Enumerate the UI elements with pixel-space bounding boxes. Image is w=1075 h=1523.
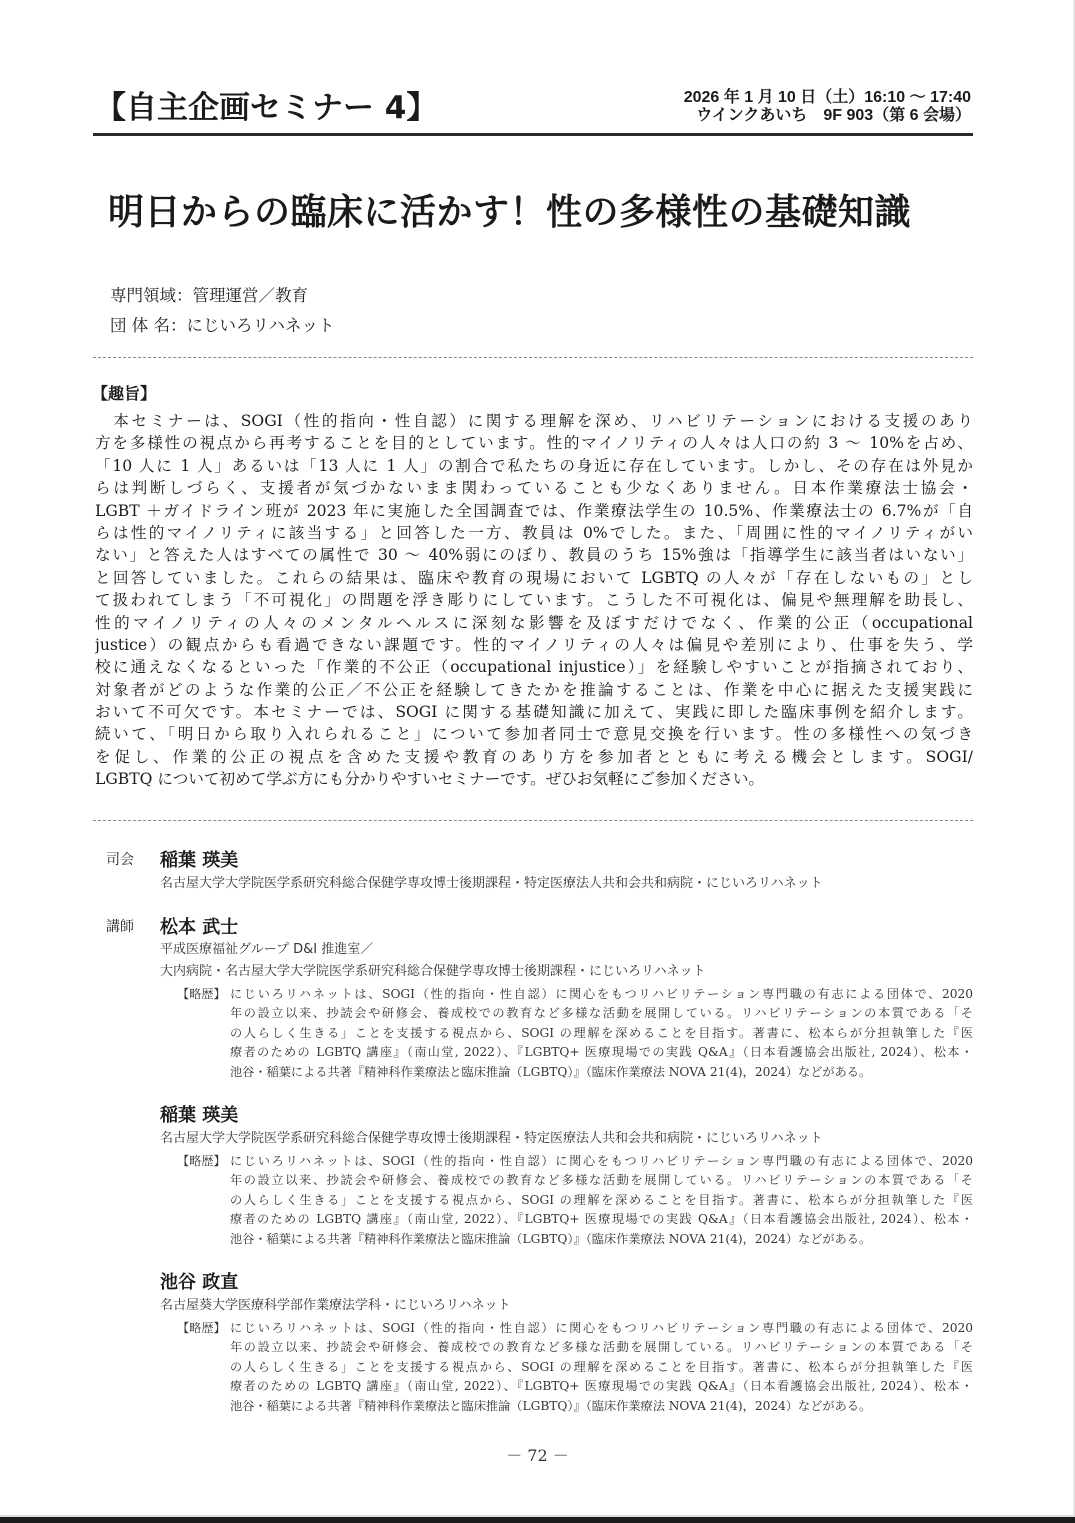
text-line: 方を多様性の視点から再考することを目的としています。性的マイノリティの人々は人口… [95, 432, 973, 454]
person-name: 松本 武士 [160, 913, 238, 939]
text-line: LGBT ＋ガイドライン班が 2023 年に実施した全国調査では、作業療法学生の… [95, 500, 973, 522]
session-meta: 2026 年 1 月 10 日（土）16:10 ～ 17:40 ウインクあいち … [684, 89, 971, 125]
section-divider [93, 357, 973, 358]
person-affiliation: 名古屋大学大学院医学系研究科総合保健学専攻博士後期課程・特定医療法人共和会共和病… [160, 1127, 823, 1146]
bio-label: 【略歴】 [177, 985, 226, 1004]
text-line: ない」と答えた人はすべての属性で 30 ～ 40%弱にのぼり、教員のうち 15%… [95, 544, 973, 566]
purpose-heading: 【趣旨】 [92, 381, 156, 404]
text-line: と回答していました。これらの結果は、臨床や教育の現場において LGBTQ の人々… [95, 567, 973, 589]
page-title: 明日からの臨床に活かす！性の多様性の基礎知識 [108, 184, 911, 235]
session-datetime: 2026 年 1 月 10 日（土）16:10 ～ 17:40 [684, 89, 971, 107]
text-line: justice）の観点からも看過できない課題です。性的マイノリティの人々は偏見や… [95, 634, 973, 656]
person-role: 講師 [106, 916, 134, 936]
text-line: 対象者がどのような作業的公正／不公正を経験してきたかを推論することは、作業を中心… [95, 679, 973, 701]
bio-line: 療者のための LGBTQ 講座』（南山堂, 2022）、『LGBTQ+ 医療現場… [230, 1377, 973, 1396]
field-organization: 団 体 名：にじいろリハネット [110, 312, 335, 336]
text-line: おいて不可欠です。本セミナーでは、SOGI に関する基礎知識に加えて、実践に即し… [95, 701, 973, 723]
field-label: 団 体 名： [110, 312, 187, 336]
person-name: 稲葉 瑛美 [160, 1101, 238, 1127]
bio-line: の人らしく生きる」ことを支援する視点から、SOGI の理解を深めることを目指す。… [230, 1191, 973, 1210]
field-specialty: 専門領域：管理運営／教育 [110, 282, 308, 306]
bio-line: 年の設立以来、抄読会や研修会、養成校での教育など多様な活動を展開している。リハビ… [230, 1171, 973, 1190]
bio-line: 池谷・稲葉による共著『精神科作業療法と臨床推論（LGBTQ）』（臨床作業療法 N… [230, 1063, 973, 1082]
session-venue: ウインクあいち 9F 903（第 6 会場） [684, 107, 971, 125]
header-rule [93, 133, 973, 136]
person-role: 司会 [106, 849, 134, 869]
bio-line: 療者のための LGBTQ 講座』（南山堂, 2022）、『LGBTQ+ 医療現場… [230, 1210, 973, 1229]
page-number: － 72 － [0, 1443, 1075, 1466]
section-divider [93, 820, 973, 821]
bio-label: 【略歴】 [177, 1319, 226, 1338]
text-line: らは判断しづらく、支援者が気づかないまま関わっていることも少なくありません。日本… [95, 477, 973, 499]
field-value: にじいろリハネット [187, 316, 335, 335]
person-affiliation: 名古屋大学大学院医学系研究科総合保健学専攻博士後期課程・特定医療法人共和会共和病… [160, 872, 823, 891]
bio-line: 池谷・稲葉による共著『精神科作業療法と臨床推論（LGBTQ）』（臨床作業療法 N… [230, 1230, 973, 1249]
text-line: 本セミナーは、SOGI（性的指向・性自認）に関する理解を深め、リハビリテーション… [95, 410, 973, 432]
bio-line: 療者のための LGBTQ 講座』（南山堂, 2022）、『LGBTQ+ 医療現場… [230, 1043, 973, 1062]
text-line: 続いて、「明日から取り入れられること」について参加者同士で意見交換を行います。性… [95, 723, 973, 745]
person-affiliation: 名古屋葵大学医療科学部作業療法学科・にじいろリハネット [160, 1294, 511, 1313]
bio-line: の人らしく生きる」ことを支援する視点から、SOGI の理解を深めることを目指す。… [230, 1358, 973, 1377]
bio-line: にじいろリハネットは、SOGI（性的指向・性自認）に関心をもつリハビリテーション… [230, 985, 973, 1004]
text-line: 性的マイノリティの人々のメンタルヘルスに深刻な影響を及ぼすだけでなく、作業的公正… [95, 612, 973, 634]
bio-line: にじいろリハネットは、SOGI（性的指向・性自認）に関心をもつリハビリテーション… [230, 1152, 973, 1171]
bio-line: 年の設立以来、抄読会や研修会、養成校での教育など多様な活動を展開している。リハビ… [230, 1004, 973, 1023]
bio-line: にじいろリハネットは、SOGI（性的指向・性自認）に関心をもつリハビリテーション… [230, 1319, 973, 1338]
purpose-body: 本セミナーは、SOGI（性的指向・性自認）に関する理解を深め、リハビリテーション… [95, 410, 973, 791]
text-line: らは性的マイノリティに該当する」と回答した一方、教員は 0%でした。また、「周囲… [95, 522, 973, 544]
text-line: て扱われてしまう「不可視化」の問題を浮き彫りにしています。こうした不可視化は、偏… [95, 589, 973, 611]
viewer-bottom-bar [0, 1517, 1075, 1523]
text-line: LGBTQ について初めて学ぶ方にも分かりやすいセミナーです。ぜひお気軽にご参加… [95, 768, 973, 790]
person-name: 池谷 政直 [160, 1268, 238, 1294]
bio-line: 年の設立以来、抄読会や研修会、養成校での教育など多様な活動を展開している。リハビ… [230, 1338, 973, 1357]
field-label: 専門領域： [110, 282, 193, 306]
bio-line: 池谷・稲葉による共著『精神科作業療法と臨床推論（LGBTQ）』（臨床作業療法 N… [230, 1397, 973, 1416]
person-name: 稲葉 瑛美 [160, 846, 238, 872]
text-line: を促し、作業的公正の視点を含めた支援や教育のあり方を参加者とともに考える機会とし… [95, 746, 973, 768]
person-affiliation: 平成医療福祉グループ D&I 推進室／ [160, 938, 373, 957]
seminar-label: 【自主企画セミナー 4】 [95, 82, 437, 127]
bio-label: 【略歴】 [177, 1152, 226, 1171]
text-line: 校に通えなくなるといった「作業的不公正（occupational injusti… [95, 656, 973, 678]
text-line: 「10 人に 1 人」あるいは「13 人に 1 人」の割合で私たちの身近に存在し… [95, 455, 973, 477]
field-value: 管理運営／教育 [193, 286, 309, 305]
bio-line: の人らしく生きる」ことを支援する視点から、SOGI の理解を深めることを目指す。… [230, 1024, 973, 1043]
person-affiliation: 大内病院・名古屋大学大学院医学系研究科総合保健学専攻博士後期課程・にじいろリハネ… [160, 960, 706, 979]
